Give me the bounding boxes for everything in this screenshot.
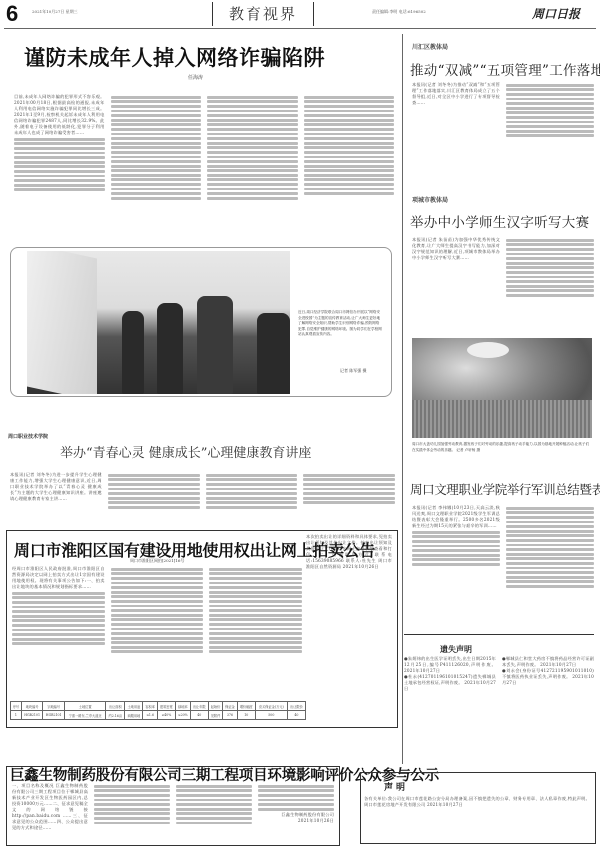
header-divider: [4, 28, 596, 29]
lost-notice-section: [404, 634, 594, 765]
photo-caption: 近日,周口经济学院联合周口市网信办开展以“网络安全进校园”为主题的宣传教育活动,…: [298, 310, 382, 338]
article2-headline: 举办“青春心灵 健康成长”心理健康教育讲座: [60, 442, 311, 461]
page-number: 6: [6, 1, 18, 27]
newspaper-logo: 周口日报: [532, 5, 580, 22]
section-title: 教育视界: [212, 2, 314, 26]
photo-credit: 记者 陈军强 摄: [340, 368, 367, 374]
issue-date: 2021年10月27日 星期三: [32, 9, 78, 15]
declaration-body: 各有关单位:我公司在周口市莲花路公安分局办理备案,因不慎把遗失的公章、财务专用章…: [364, 796, 590, 808]
env-impact-text: 一、项目名称及概况 巨鑫生物制药股份有限公司三期工程项目位于郸城县高新技术产业开…: [12, 783, 88, 831]
lost-item: ●郸城县仁和堂大药房不慎将药品经营许可证副本丢失,声明作废。 2021年10月2…: [502, 656, 594, 668]
land-auction-doc-no: 周口市淮阳区网拍[2021]16号: [130, 558, 184, 564]
lost-notice-list: ●朱炳炜的出生医学证明丢失,出生日期2015年12月25日,编号P4111260…: [404, 656, 594, 692]
lost-item: ●刘永会(身份证号412721195901011010)不慎将医药执业证丢失,声…: [502, 668, 594, 686]
land-auction-body: 经周口市淮阳区人民政府批准,周口市淮阳区自然资源局决定以网上拍卖方式出让1宗国有…: [12, 566, 302, 655]
article2-body: 本报讯(记者 刘冬冬)为进一步提升学生心理健康工作能力,增强大学生心理健康意识,…: [10, 472, 395, 511]
right1-kicker: 川汇区教体局: [412, 42, 448, 51]
lost-notice-title: 遗失声明: [440, 644, 472, 655]
right2-body: 本报讯(记者 朱苗苗)为加强中华优秀传统文化教育,让广大师生提高汉字书写能力,加…: [412, 237, 594, 299]
right2-kicker: 项城市教体局: [412, 195, 448, 204]
env-impact-body: 一、项目名称及概况 巨鑫生物制药股份有限公司三期工程项目位于郸城县高新技术产业开…: [12, 783, 334, 831]
students-reading-boards-photo: [27, 251, 290, 394]
right3-headline: 周口文理职业学院举行军训总结暨表彰大会: [410, 480, 600, 498]
right1-body: 本报讯(记者 刘冬冬)为推动“双减”和“五项管理”工作落地落实,川汇区教育体局成…: [412, 82, 594, 139]
land-auction-contact: 本次拍卖出让的详细资料和具体要求,见拍卖出让须知及其他出让文件。拍卖出让须知及其…: [306, 534, 392, 570]
main-headline: 谨防未成年人掉入网络诈骗陷阱: [24, 42, 325, 72]
right3-text: 本报讯(记者 李伟娜)10月23日,天高云淡,秋风送爽,周口文理职业学院2021…: [412, 505, 500, 529]
env-impact-date: 2021年10月26日: [258, 818, 334, 824]
right3-body: 本报讯(记者 李伟娜)10月23日,天高云淡,秋风送爽,周口文理职业学院2021…: [412, 505, 594, 589]
column-divider: [402, 34, 403, 764]
main-author: 任海涛: [188, 74, 203, 81]
lost-item: ●杜永(412701196101015247)遗失郸城县土地承包经营权证,声明作…: [404, 674, 496, 692]
table-header-row: 序号 地块编号 宗地编号 土地位置 出让面积 土地用途 容积率 建筑密度 绿地率…: [11, 702, 306, 711]
article2-text: 本报讯(记者 刘冬冬)为进一步提升学生心理健康工作能力,增强大学生心理健康意识,…: [10, 472, 102, 502]
main-body-text: 目前,未成年人网络诈骗的犯罪形式不容乐观。2021年00月18日,根据最高检的通…: [14, 94, 105, 136]
right1-text: 本报讯(记者 刘冬冬)为推动“双减”和“五项管理”工作落地落实,川汇区教育体局成…: [412, 82, 500, 106]
table-row: 1 HGB2101 HGB2101 宁淮一路东,兰亭大道北 约2.16亩 商服用…: [11, 711, 306, 720]
declaration-title: 声明: [384, 780, 408, 793]
land-auction-text: 经周口市淮阳区人民政府批准,周口市淮阳区自然资源局决定以网上拍卖方式出让1宗国有…: [12, 566, 105, 590]
right2-headline: 举办中小学师生汉字听写大赛: [410, 211, 589, 231]
article2-kicker: 周口职业技术学院: [8, 433, 48, 440]
right2-text: 本报讯(记者 朱苗苗)为加强中华优秀传统文化教育,让广大师生提高汉字书写能力,加…: [412, 237, 500, 261]
lost-item: ●朱炳炜的出生医学证明丢失,出生日期2015年12月25日,编号P4111260…: [404, 656, 496, 674]
right-photo-caption: 周口市大盖幼儿园加强劳动教育,激发孩子们对劳动的乐趣,提高孩子动手能力,以园为基…: [412, 442, 592, 453]
right1-headline: 推动“双减”“五项管理”工作落地: [410, 59, 600, 79]
main-article-body: 目前,未成年人网络诈骗的犯罪形式不容乐观。2021年00月18日,根据最高检的通…: [14, 94, 394, 201]
land-auction-table: 序号 地块编号 宗地编号 土地位置 出让面积 土地用途 容积率 建筑密度 绿地率…: [10, 701, 306, 720]
editor-info: 责任编辑:李明 电话:6196502: [372, 9, 426, 15]
kindergarten-garden-photo: [412, 338, 592, 438]
